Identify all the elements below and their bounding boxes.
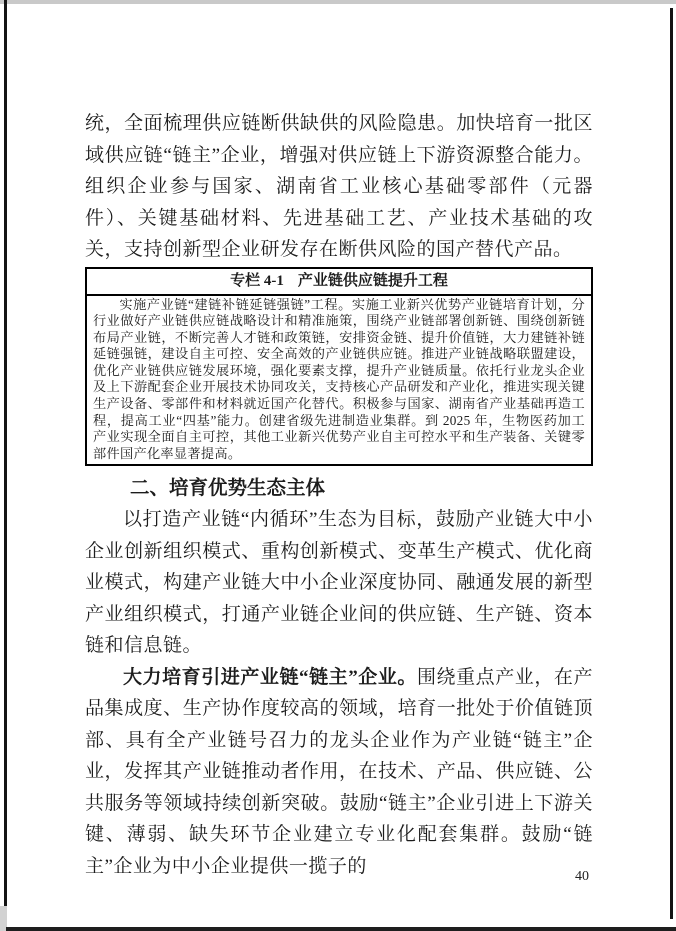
paragraph-chain-leader-lead: 大力培育引进产业链“链主”企业。 bbox=[123, 667, 417, 688]
callout-box-label: 专栏 4-1 bbox=[230, 273, 284, 289]
page-edge-bottom bbox=[6, 927, 676, 931]
page-edge-right bbox=[670, 8, 673, 919]
callout-box-title: 专栏 4-1产业链供应链提升工程 bbox=[87, 269, 591, 296]
section-heading-2: 二、培育优势生态主体 bbox=[130, 474, 593, 504]
paragraph-chain-leader-text: 围绕重点产业，在产品集成度、生产协作度较高的领域，培育一批处于价值链顶部、具有全… bbox=[85, 667, 593, 877]
page-edge-left bbox=[4, 0, 7, 906]
paragraph-supply-chain-risk: 统，全面梳理供应链断供缺供的风险隐患。加快培育一批区域供应链“链主”企业，增强对… bbox=[85, 108, 593, 266]
page-edge-top bbox=[0, 0, 676, 4]
callout-box-body: 实施产业链“建链补链延链强链”工程。实施工业新兴优势产业链培育计划，分行业做好产… bbox=[87, 296, 591, 465]
callout-box-4-1: 专栏 4-1产业链供应链提升工程 实施产业链“建链补链延链强链”工程。实施工业新… bbox=[85, 267, 593, 467]
paragraph-ecosystem-goal: 以打造产业链“内循环”生态为目标，鼓励产业链大中小企业创新组织模式、重构创新模式… bbox=[85, 504, 593, 662]
page-content: 统，全面梳理供应链断供缺供的风险隐患。加快培育一批区域供应链“链主”企业，增强对… bbox=[85, 108, 593, 882]
page-number: 40 bbox=[571, 868, 593, 886]
callout-box-title-text: 产业链供应链提升工程 bbox=[298, 273, 448, 289]
paragraph-chain-leader: 大力培育引进产业链“链主”企业。围绕重点产业，在产品集成度、生产协作度较高的领域… bbox=[85, 662, 593, 883]
